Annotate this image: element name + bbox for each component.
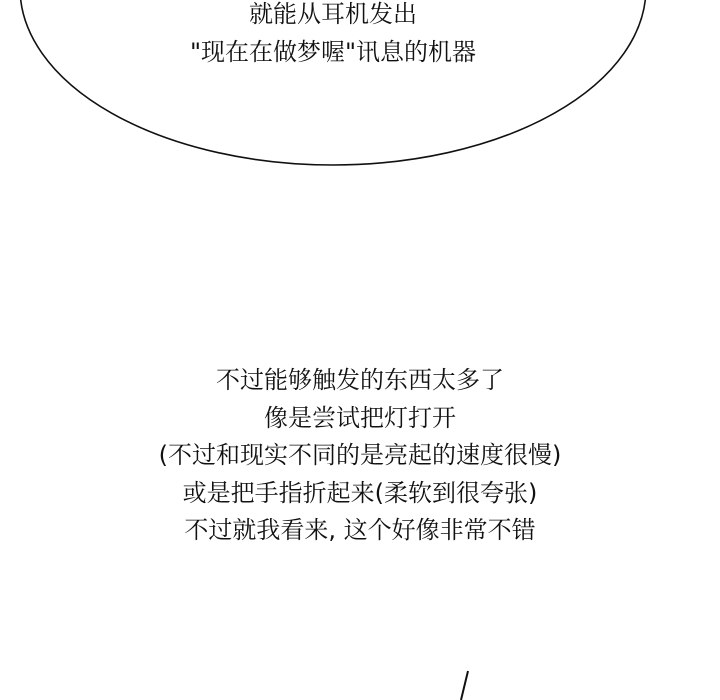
narration-line: 或是把手指折起来(柔软到很夸张) [0, 475, 720, 513]
speech-bubble-text: 就能从耳机发出 "现在在做梦喔"讯息的机器 [0, 0, 666, 71]
speech-line: "现在在做梦喔"讯息的机器 [0, 33, 666, 71]
narration-line: 不过就我看来, 这个好像非常不错 [0, 512, 720, 550]
narration-line: 不过能够触发的东西太多了 [0, 362, 720, 400]
narration-text: 不过能够触发的东西太多了 像是尝试把灯打开 (不过和现实不同的是亮起的速度很慢)… [0, 362, 720, 550]
drawn-stroke-line [461, 671, 468, 700]
panel-artwork [0, 0, 720, 700]
narration-line: 像是尝试把灯打开 [0, 400, 720, 438]
narration-line: (不过和现实不同的是亮起的速度很慢) [0, 437, 720, 475]
speech-line: 就能从耳机发出 [0, 0, 666, 33]
